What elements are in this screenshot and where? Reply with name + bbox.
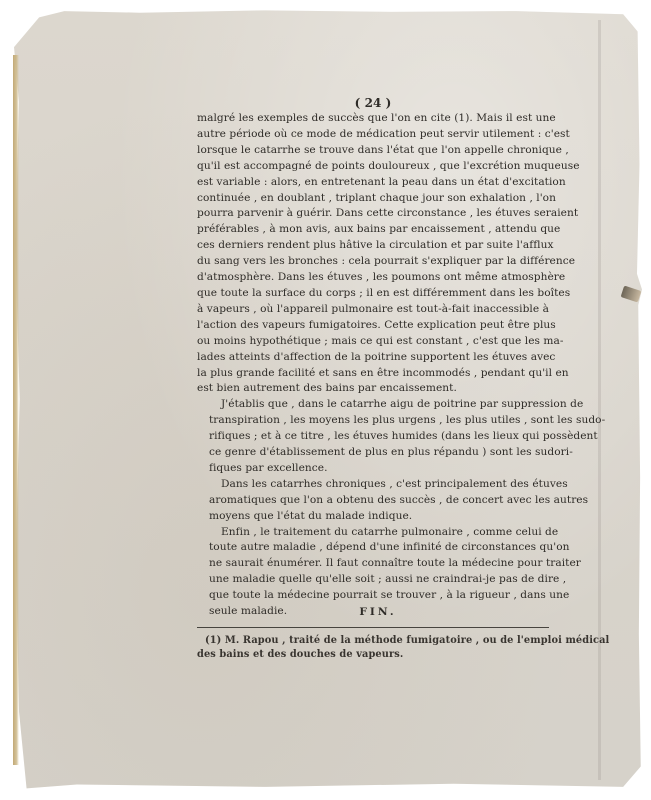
- text-line: d'atmosphère. Dans les étuves , les poum…: [197, 270, 549, 286]
- fold-shadow: [598, 20, 601, 780]
- text-line: préférables , à mon avis, aux bains par …: [197, 222, 549, 238]
- text-line: l'action des vapeurs fumigatoires. Cette…: [197, 318, 549, 334]
- text-line: lorsque le catarrhe se trouve dans l'éta…: [197, 143, 549, 159]
- text-line: la plus grande facilité et sans en être …: [197, 366, 549, 382]
- text-line: moyens que l'état du malade indique.: [197, 509, 549, 525]
- text-line: transpiration , les moyens les plus urge…: [197, 413, 549, 429]
- text-line: toute autre maladie , dépend d'une infin…: [197, 540, 549, 556]
- paragraph-2: J'établis que , dans le catarrhe aigu de…: [197, 397, 549, 477]
- stained-left-edge: [13, 55, 19, 765]
- text-line: que toute la médecine pourrait se trouve…: [197, 588, 549, 604]
- text-line: J'établis que , dans le catarrhe aigu de…: [197, 397, 549, 413]
- footnote-line: des bains et des douches de vapeurs.: [197, 648, 549, 662]
- text-line: aromatiques que l'on a obtenu des succès…: [197, 493, 549, 509]
- text-line: du sang vers les bronches : cela pourrai…: [197, 254, 549, 270]
- text-line: qu'il est accompagné de points douloureu…: [197, 159, 549, 175]
- page-number: ( 24 ): [197, 95, 549, 111]
- footnote: (1) M. Rapou , traité de la méthode fumi…: [197, 634, 549, 662]
- text-line: ces derniers rendent plus hâtive la circ…: [197, 238, 549, 254]
- text-line: ne saurait énumérer. Il faut connaître t…: [197, 556, 549, 572]
- text-line: fiques par excellence.: [197, 461, 549, 477]
- text-line: est variable : alors, en entretenant la …: [197, 175, 549, 191]
- text-line: autre période où ce mode de médication p…: [197, 127, 549, 143]
- text-line: Enfin , le traitement du catarrhe pulmon…: [197, 525, 549, 541]
- text-line: ce genre d'établissement de plus en plus…: [197, 445, 549, 461]
- text-line: est bien autrement des bains par encaiss…: [197, 381, 549, 397]
- printed-text-block: ( 24 ) malgré les exemples de succès que…: [197, 95, 549, 662]
- text-line: une maladie quelle qu'elle soit ; aussi …: [197, 572, 549, 588]
- text-line: pourra parvenir à guérir. Dans cette cir…: [197, 206, 549, 222]
- footnote-line: (1) M. Rapou , traité de la méthode fumi…: [197, 634, 549, 648]
- text-line: à vapeurs , où l'appareil pulmonaire est…: [197, 302, 549, 318]
- text-line: malgré les exemples de succès que l'on e…: [197, 111, 549, 127]
- text-line: rifiques ; et à ce titre , les étuves hu…: [197, 429, 549, 445]
- footnote-divider: [197, 627, 549, 629]
- text-line: continuée , en doublant , triplant chaqu…: [197, 191, 549, 207]
- paragraph-1: malgré les exemples de succès que l'on e…: [197, 111, 549, 397]
- paragraph-3: Dans les catarrhes chroniques , c'est pr…: [197, 477, 549, 525]
- text-line: Dans les catarrhes chroniques , c'est pr…: [197, 477, 549, 493]
- text-line: lades atteints d'affection de la poitrin…: [197, 350, 549, 366]
- text-line: que toute la surface du corps ; il en es…: [197, 286, 549, 302]
- photo-stage: ( 24 ) malgré les exemples de succès que…: [0, 0, 651, 800]
- text-line: ou moins hypothétique ; mais ce qui est …: [197, 334, 549, 350]
